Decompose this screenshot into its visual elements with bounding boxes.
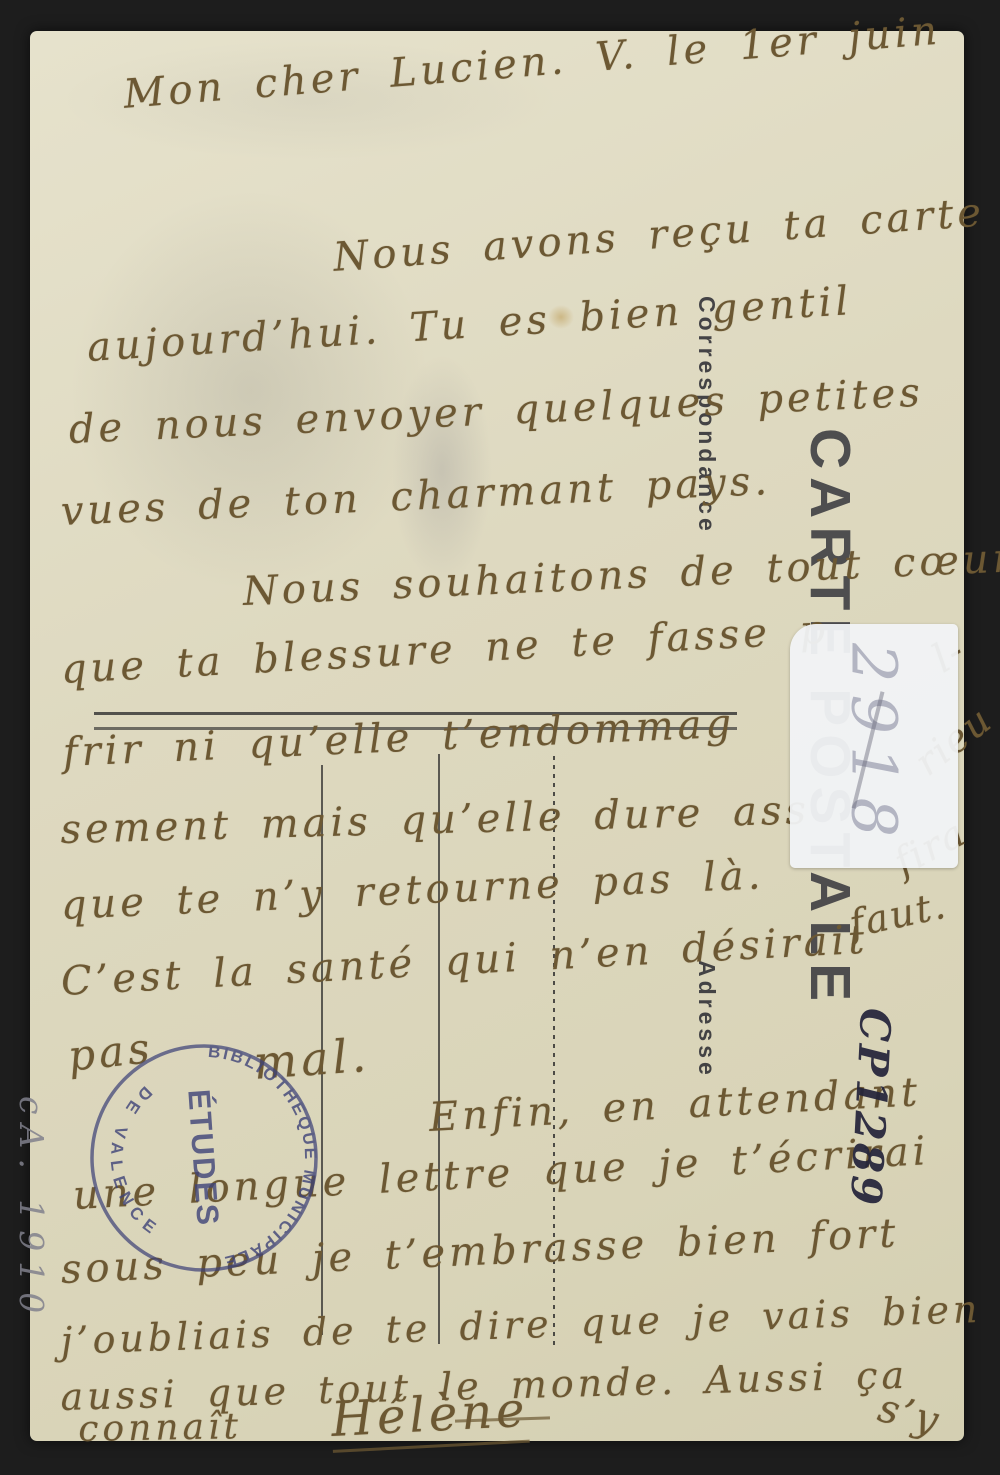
scan-background: Correspondance Adresse CARTE POSTALE Mon…	[0, 0, 1000, 1475]
adresse-label: Adresse	[693, 960, 720, 1079]
inventory-sticker: 2918	[790, 624, 958, 868]
svg-text:BIBLIOTHEQUE MUNICIPALE: BIBLIOTHEQUE MUNICIPALE	[206, 1035, 328, 1273]
message-line: connaît	[78, 1409, 242, 1448]
library-stamp-graphic: BIBLIOTHEQUE MUNICIPALE DE VALENCE ÉTUDE…	[72, 1026, 337, 1291]
stamp-arc-top-text: BIBLIOTHEQUE MUNICIPALE	[206, 1035, 328, 1273]
stamp-center-text: ÉTUDES	[181, 1088, 226, 1228]
sticker-number: 2918	[838, 643, 911, 849]
catalog-number: CP1289	[841, 1007, 900, 1209]
library-stamp: BIBLIOTHEQUE MUNICIPALE DE VALENCE ÉTUDE…	[72, 1026, 337, 1291]
pencil-date-annotation: cA. 1910	[12, 1096, 51, 1323]
